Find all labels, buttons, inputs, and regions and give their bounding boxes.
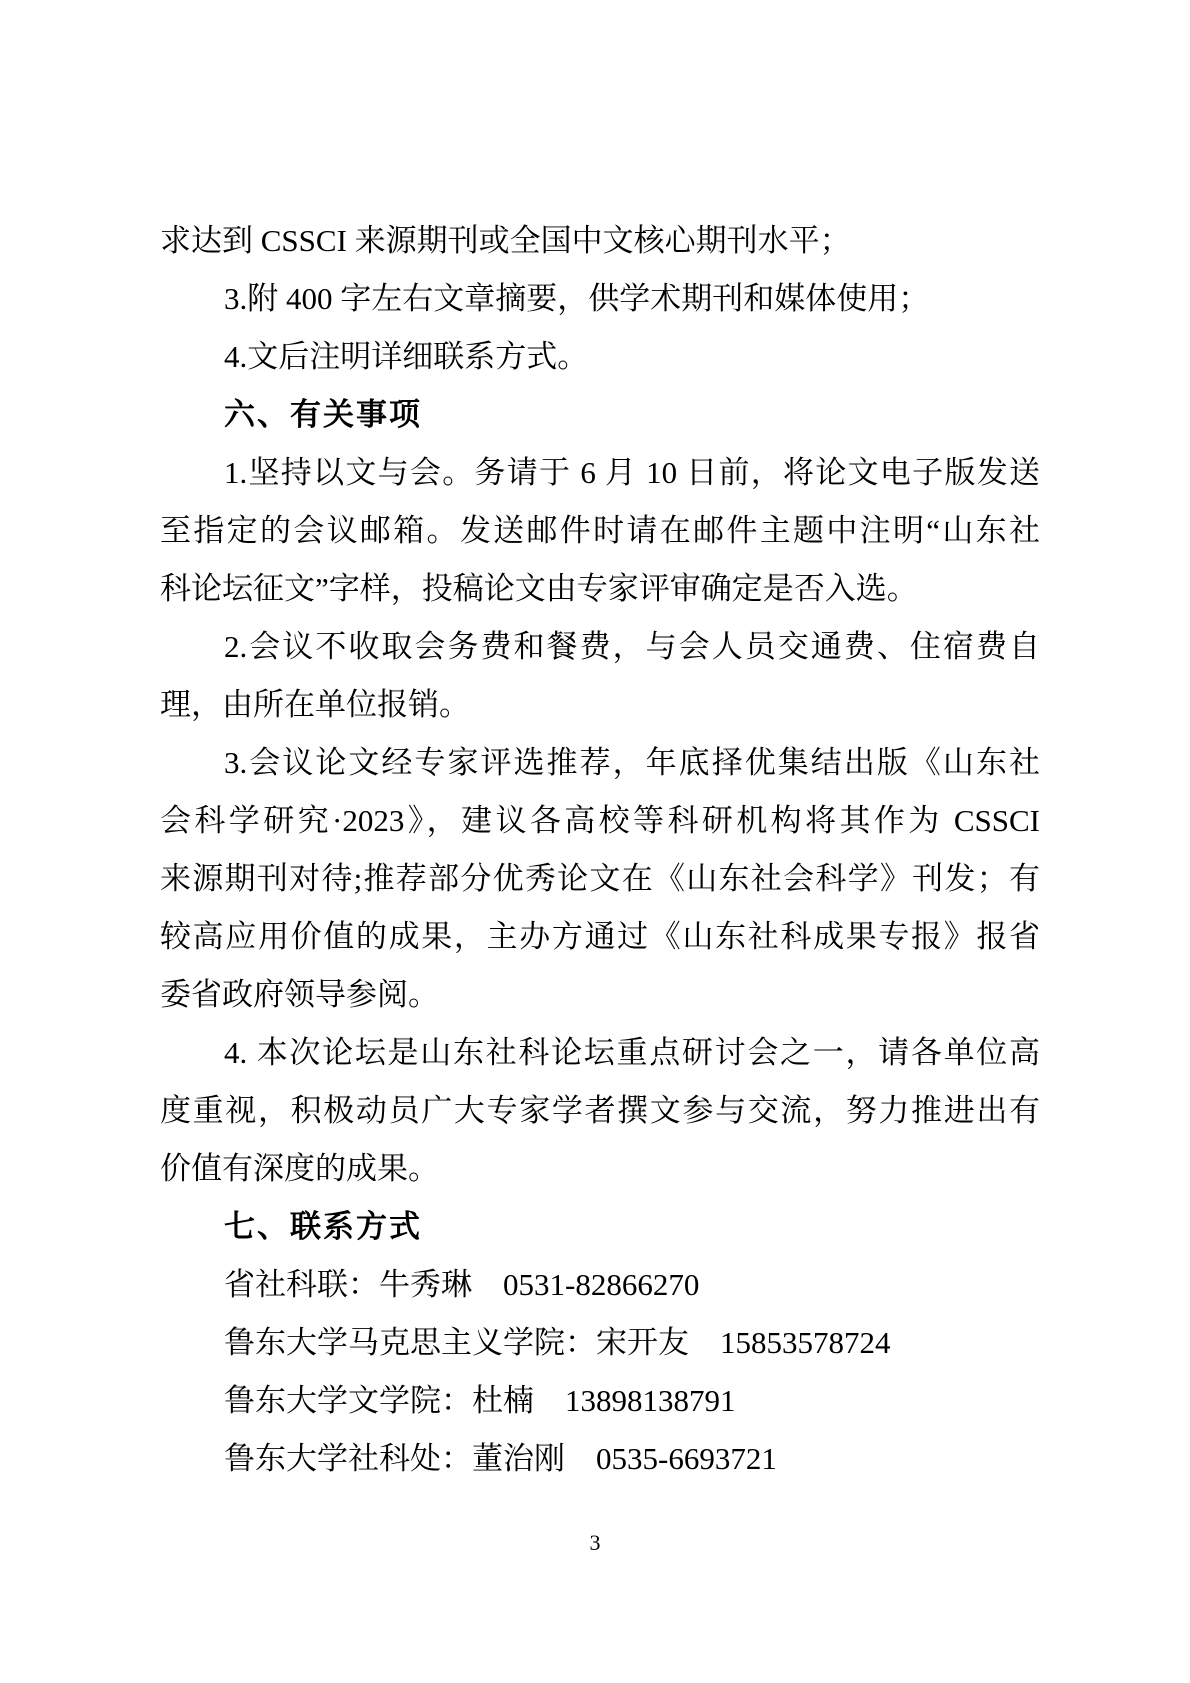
document-page: 求达到 CSSCI 来源期刊或全国中文核心期刊水平； 3.附 400 字左右文章…	[0, 0, 1190, 1683]
list-item-3: 3.附 400 字左右文章摘要，供学术期刊和媒体使用；	[160, 270, 1040, 328]
document-body: 求达到 CSSCI 来源期刊或全国中文核心期刊水平； 3.附 400 字左右文章…	[160, 212, 1040, 1488]
para-item1-line-2: 至指定的会议邮箱。发送邮件时请在邮件主题中注明“山东社	[160, 502, 1040, 560]
para-item3-line-4: 较高应用价值的成果，主办方通过《山东社科成果专报》报省	[160, 908, 1040, 966]
page-number: 3	[0, 1528, 1190, 1558]
para-item3-line-3: 来源期刊对待;推荐部分优秀论文在《山东社会科学》刊发；有	[160, 850, 1040, 908]
contact-line-makesizhuyi: 鲁东大学马克思主义学院：宋开友 15853578724	[160, 1314, 1040, 1372]
section-heading-7: 七、联系方式	[160, 1198, 1040, 1256]
para-item4-line-3: 价值有深度的成果。	[160, 1140, 1040, 1198]
contact-line-shekechu: 鲁东大学社科处：董治刚 0535-6693721	[160, 1430, 1040, 1488]
para-item3-line-5: 委省政府领导参阅。	[160, 966, 1040, 1024]
para-item4-line-1: 4. 本次论坛是山东社科论坛重点研讨会之一，请各单位高	[160, 1024, 1040, 1082]
para-item2-line-2: 理，由所在单位报销。	[160, 676, 1040, 734]
para-item1-line-1: 1.坚持以文与会。务请于 6 月 10 日前，将论文电子版发送	[160, 444, 1040, 502]
list-item-4: 4.文后注明详细联系方式。	[160, 328, 1040, 386]
para-item3-line-1: 3.会议论文经专家评选推荐，年底择优集结出版《山东社	[160, 734, 1040, 792]
section-heading-6: 六、有关事项	[160, 386, 1040, 444]
para-item2-line-1: 2.会议不收取会务费和餐费，与会人员交通费、住宿费自	[160, 618, 1040, 676]
contact-line-wenxueyuan: 鲁东大学文学院：杜楠 13898138791	[160, 1372, 1040, 1430]
contact-line-shekelian: 省社科联：牛秀琳 0531-82866270	[160, 1256, 1040, 1314]
para-item3-line-2: 会科学研究·2023》，建议各高校等科研机构将其作为 CSSCI	[160, 792, 1040, 850]
para-item1-line-3: 科论坛征文”字样，投稿论文由专家评审确定是否入选。	[160, 560, 1040, 618]
para-item4-line-2: 度重视，积极动员广大专家学者撰文参与交流，努力推进出有	[160, 1082, 1040, 1140]
paragraph-continuation-line: 求达到 CSSCI 来源期刊或全国中文核心期刊水平；	[160, 212, 1040, 270]
